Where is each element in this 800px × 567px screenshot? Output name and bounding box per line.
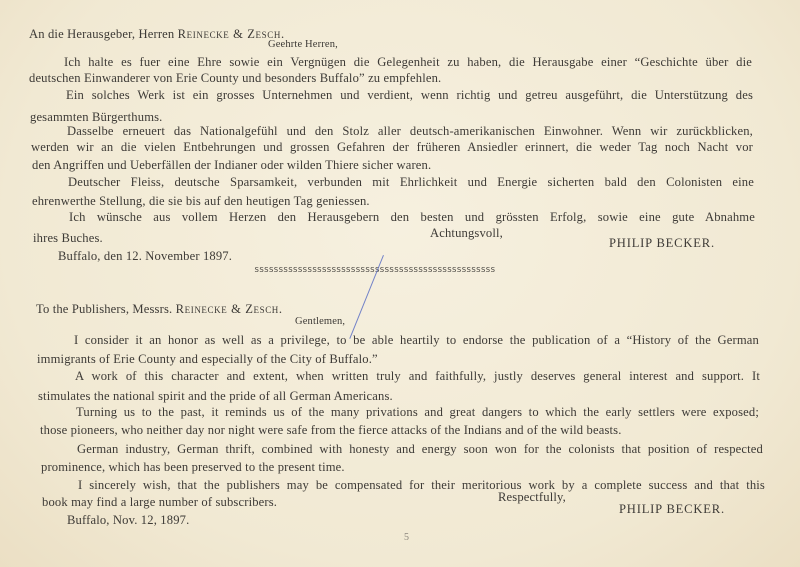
german-line-6: werden wir an die vielen Entbehrungen un… [31, 140, 753, 154]
english-closing: Respectfully, [498, 490, 566, 504]
german-salutation: Geehrte Herren, [268, 38, 338, 52]
english-line-3: A work of this character and extent, whe… [75, 369, 760, 383]
english-address: To the Publishers, Messrs. Reinecke & Ze… [36, 302, 283, 316]
english-line-2: immigrants of Erie County and especially… [37, 352, 378, 366]
english-signature: PHILIP BECKER. [619, 502, 725, 516]
german-line-1: Ich halte es fuer eine Ehre sowie ein Ve… [64, 55, 752, 69]
book-page: An die Herausgeber, Herren Reinecke & Ze… [0, 0, 800, 567]
page-number: 5 [404, 532, 409, 543]
german-line-9: ehrenwerthe Stellung, die sie bis auf de… [32, 194, 370, 208]
english-line-7: German industry, German thrift, combined… [77, 442, 763, 456]
german-line-11: ihres Buches. [33, 231, 103, 245]
german-line-7: den Angriffen und Ueberfällen der Indian… [32, 158, 431, 172]
english-line-1: I consider it an honor as well as a priv… [74, 333, 759, 347]
german-dateline: Buffalo, den 12. November 1897. [58, 249, 232, 263]
english-line-5: Turning us to the past, it reminds us of… [76, 405, 759, 419]
english-dateline: Buffalo, Nov. 12, 1897. [67, 513, 189, 527]
english-address-prefix: To the Publishers, Messrs. [36, 302, 172, 316]
german-closing: Achtungsvoll, [430, 226, 503, 240]
german-line-2: deutschen Einwanderer von Erie County un… [29, 71, 441, 85]
english-line-4: stimulates the national spirit and the p… [38, 389, 393, 403]
english-line-8: prominence, which has been preserved to … [41, 460, 345, 474]
german-line-4: gesammten Bürgerthums. [30, 110, 162, 124]
english-address-firm: Reinecke & Zesch. [176, 302, 283, 316]
german-address-prefix: An die Herausgeber, Herren [29, 27, 174, 41]
german-line-3: Ein solches Werk ist ein grosses Unterne… [66, 88, 753, 102]
german-signature: PHILIP BECKER. [609, 236, 715, 250]
english-line-10: book may find a large number of subscrib… [42, 495, 277, 509]
german-line-5: Dasselbe erneuert das Nationalgefühl und… [67, 124, 753, 138]
german-address: An die Herausgeber, Herren Reinecke & Ze… [29, 27, 285, 41]
english-line-6: those pioneers, who neither day nor nigh… [40, 423, 622, 437]
ornamental-divider: ssssssssssssssssssssssssssssssssssssssss… [254, 265, 537, 275]
english-salutation: Gentlemen, [295, 315, 345, 329]
german-line-10: Ich wünsche aus vollem Herzen den Heraus… [69, 210, 755, 224]
german-line-8: Deutscher Fleiss, deutsche Sparsamkeit, … [68, 175, 754, 189]
english-line-9: I sincerely wish, that the publishers ma… [78, 478, 765, 492]
